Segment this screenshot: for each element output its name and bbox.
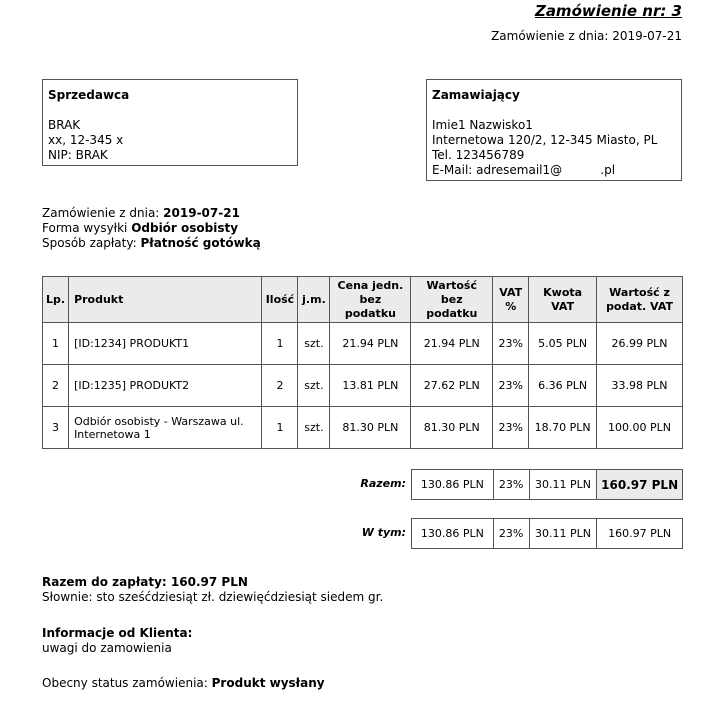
summary-total-vat-rate: 23% <box>493 470 529 500</box>
summary-total-vat: 30.11 PLN <box>529 470 597 500</box>
total-in-words: Słownie: sto sześćdziesiąt zł. dziewięćd… <box>42 590 383 605</box>
order-date-header: Zamówienie z dnia: 2019-07-21 <box>491 29 682 43</box>
cell-unit: szt. <box>298 323 330 365</box>
header-product: Produkt <box>69 277 262 323</box>
order-date-line: Zamówienie z dnia: 2019-07-21 <box>42 206 261 221</box>
total-to-pay: Razem do zapłaty: 160.97 PLN <box>42 575 383 590</box>
payment-method-line: Sposób zapłaty: Płatność gotówką <box>42 236 261 251</box>
cell-unit-price: 81.30 PLN <box>330 407 411 449</box>
header-lp: Lp. <box>43 277 69 323</box>
order-date-label: Zamówienie z dnia: <box>491 29 608 43</box>
cell-product: [ID:1235] PRODUKT2 <box>69 365 262 407</box>
summary-breakdown-gross: 160.97 PLN <box>597 519 683 549</box>
payment-method-label: Sposób zapłaty: <box>42 236 137 250</box>
order-title: Zamówienie nr: 3 <box>535 2 682 20</box>
cell-vat-amount: 6.36 PLN <box>529 365 597 407</box>
shipping-label: Forma wysyłki <box>42 221 127 235</box>
payment-summary: Razem do zapłaty: 160.97 PLN Słownie: st… <box>42 575 383 605</box>
buyer-name: Imie1 Nazwisko1 <box>432 118 676 133</box>
summary-breakdown-table: 130.86 PLN 23% 30.11 PLN 160.97 PLN <box>411 518 683 549</box>
cell-gross-value: 100.00 PLN <box>597 407 683 449</box>
cell-unit: szt. <box>298 365 330 407</box>
cell-net-value: 21.94 PLN <box>411 323 493 365</box>
header-net-value: Wartość bez podatku <box>411 277 493 323</box>
cell-lp: 1 <box>43 323 69 365</box>
cell-quantity: 2 <box>262 365 298 407</box>
shipping-value: Odbiór osobisty <box>131 221 238 235</box>
client-info: Informacje od Klienta: uwagi do zamowien… <box>42 626 192 656</box>
header-vat-rate: VAT % <box>493 277 529 323</box>
buyer-title: Zamawiający <box>432 88 676 103</box>
cell-vat-rate: 23% <box>493 323 529 365</box>
cell-net-value: 81.30 PLN <box>411 407 493 449</box>
cell-quantity: 1 <box>262 407 298 449</box>
summary-total-table: 130.86 PLN 23% 30.11 PLN 160.97 PLN <box>411 469 683 500</box>
buyer-phone: Tel. 123456789 <box>432 148 676 163</box>
client-info-text: uwagi do zamowienia <box>42 641 192 656</box>
cell-net-value: 27.62 PLN <box>411 365 493 407</box>
cell-gross-value: 26.99 PLN <box>597 323 683 365</box>
table-row: 2 [ID:1235] PRODUKT2 2 szt. 13.81 PLN 27… <box>43 365 683 407</box>
cell-product: Odbiór osobisty - Warszawa ul. Interneto… <box>69 407 262 449</box>
summary-breakdown-net: 130.86 PLN <box>412 519 494 549</box>
header-gross-value: Wartość z podat. VAT <box>597 277 683 323</box>
header-unit: j.m. <box>298 277 330 323</box>
items-header-row: Lp. Produkt Ilość j.m. Cena jedn. bez po… <box>43 277 683 323</box>
summary-total-gross: 160.97 PLN <box>597 470 683 500</box>
client-info-title: Informacje od Klienta: <box>42 626 192 641</box>
seller-box: Sprzedawca BRAK xx, 12-345 x NIP: BRAK <box>42 79 298 166</box>
buyer-box: Zamawiający Imie1 Nazwisko1 Internetowa … <box>426 79 682 181</box>
table-row: 3 Odbiór osobisty - Warszawa ul. Interne… <box>43 407 683 449</box>
cell-vat-rate: 23% <box>493 365 529 407</box>
seller-address: xx, 12-345 x <box>48 133 292 148</box>
header-quantity: Ilość <box>262 277 298 323</box>
buyer-address: Internetowa 120/2, 12-345 Miasto, PL <box>432 133 676 148</box>
order-status-label: Obecny status zamówienia: <box>42 676 208 690</box>
cell-vat-rate: 23% <box>493 407 529 449</box>
summary-breakdown-vat: 30.11 PLN <box>529 519 597 549</box>
summary-breakdown-row: 130.86 PLN 23% 30.11 PLN 160.97 PLN <box>412 519 683 549</box>
header-unit-price: Cena jedn. bez podatku <box>330 277 411 323</box>
cell-lp: 2 <box>43 365 69 407</box>
cell-unit: szt. <box>298 407 330 449</box>
summary-total-label: Razem: <box>326 477 406 490</box>
seller-name: BRAK <box>48 118 292 133</box>
cell-lp: 3 <box>43 407 69 449</box>
order-date-value: 2019-07-21 <box>163 206 240 220</box>
order-status-value: Produkt wysłany <box>212 676 325 690</box>
seller-nip: NIP: BRAK <box>48 148 292 163</box>
order-status: Obecny status zamówienia: Produkt wysłan… <box>42 676 325 690</box>
cell-product: [ID:1234] PRODUKT1 <box>69 323 262 365</box>
order-date-label: Zamówienie z dnia: <box>42 206 159 220</box>
summary-breakdown-label: W tym: <box>326 526 406 539</box>
buyer-email: E-Mail: adresemail1@ .pl <box>432 163 676 178</box>
cell-unit-price: 21.94 PLN <box>330 323 411 365</box>
order-meta: Zamówienie z dnia: 2019-07-21 Forma wysy… <box>42 206 261 251</box>
shipping-line: Forma wysyłki Odbiór osobisty <box>42 221 261 236</box>
cell-unit-price: 13.81 PLN <box>330 365 411 407</box>
cell-gross-value: 33.98 PLN <box>597 365 683 407</box>
payment-method-value: Płatność gotówką <box>140 236 260 250</box>
order-date-value: 2019-07-21 <box>612 29 682 43</box>
summary-total-row: 130.86 PLN 23% 30.11 PLN 160.97 PLN <box>412 470 683 500</box>
cell-vat-amount: 5.05 PLN <box>529 323 597 365</box>
cell-vat-amount: 18.70 PLN <box>529 407 597 449</box>
cell-quantity: 1 <box>262 323 298 365</box>
summary-total-net: 130.86 PLN <box>412 470 494 500</box>
seller-title: Sprzedawca <box>48 88 292 103</box>
summary-breakdown-vat-rate: 23% <box>493 519 529 549</box>
items-table: Lp. Produkt Ilość j.m. Cena jedn. bez po… <box>42 276 683 449</box>
table-row: 1 [ID:1234] PRODUKT1 1 szt. 21.94 PLN 21… <box>43 323 683 365</box>
header-vat-amount: Kwota VAT <box>529 277 597 323</box>
